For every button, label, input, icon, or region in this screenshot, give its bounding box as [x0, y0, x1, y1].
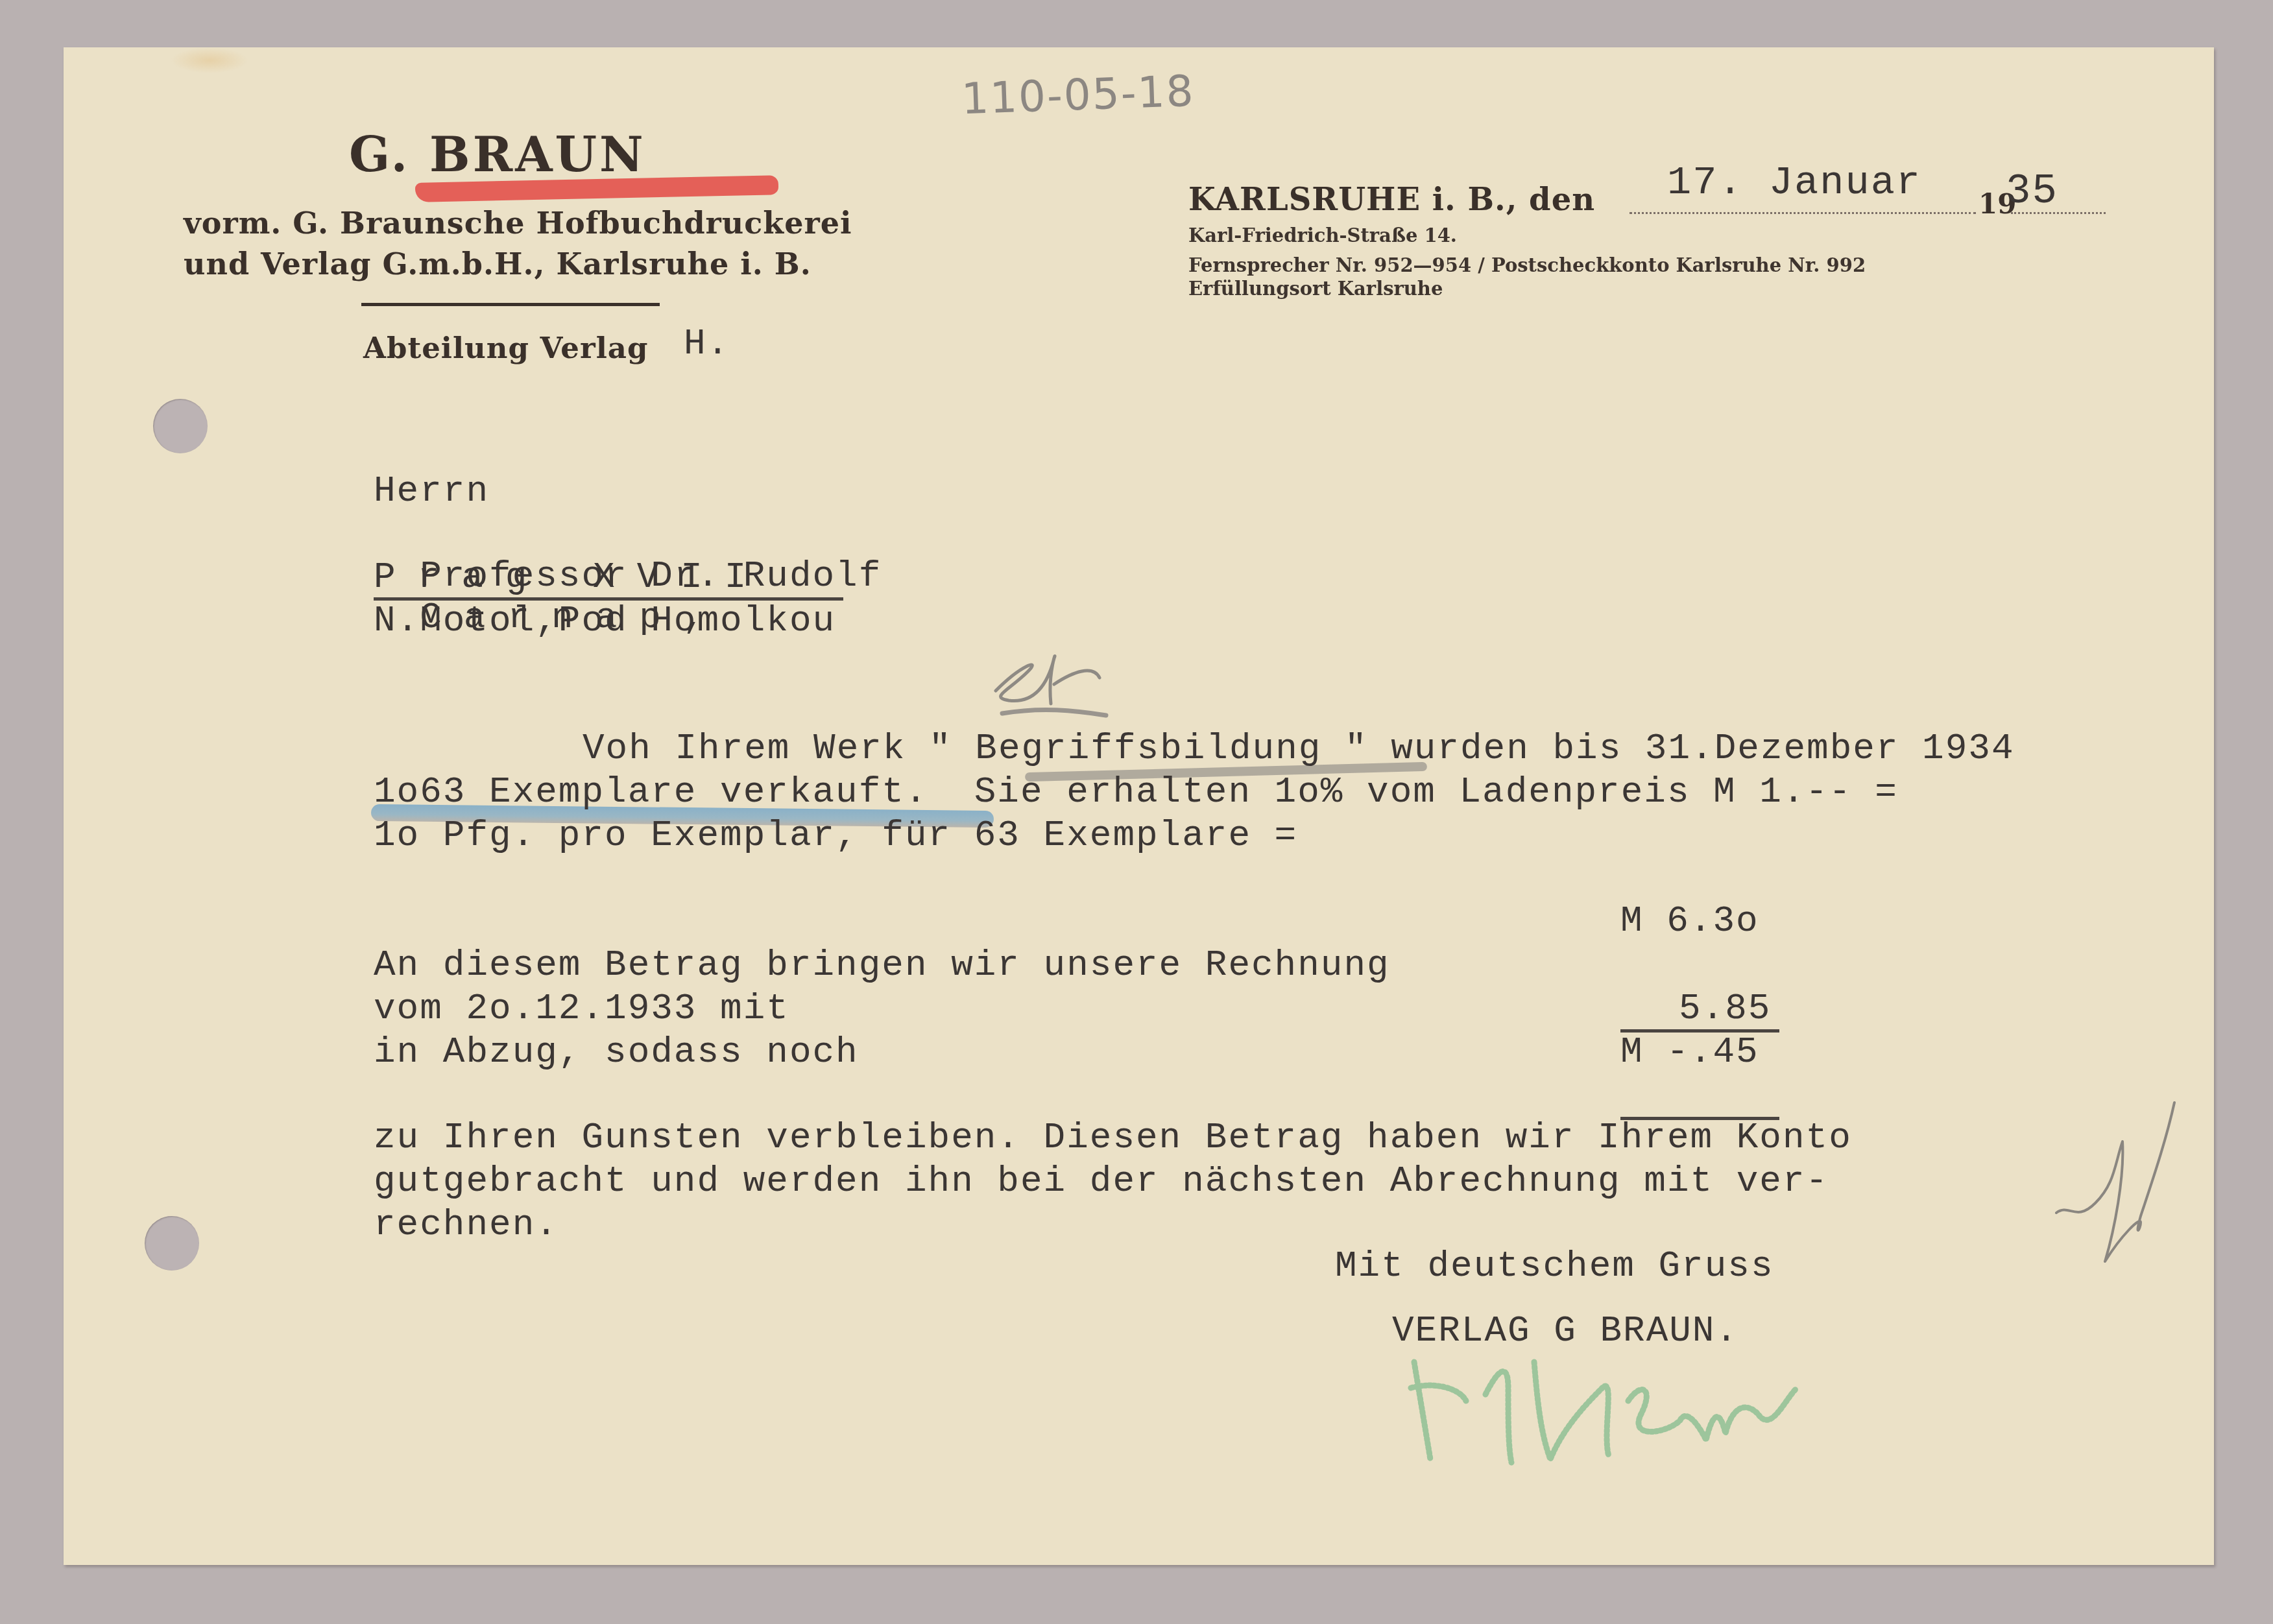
body-line-1: Voh Ihrem Werk " Begriffsbildung " wurde…	[583, 728, 2015, 769]
year-suffix: 35	[2006, 169, 2058, 215]
date-day-month: 17. Januar	[1667, 160, 1921, 206]
company-name: G. BRAUN	[349, 127, 646, 183]
date-dotted-line	[1630, 212, 1976, 214]
signature-icon	[1395, 1349, 1875, 1479]
body-line-7: zu Ihren Gunsten verbleiben. Diesen Betr…	[374, 1117, 1852, 1158]
pencil-initials-icon	[983, 645, 1125, 723]
jurisdiction: Erfüllungsort Karlsruhe	[1188, 278, 1443, 300]
phone-postscheck: Fernsprecher Nr. 952—954 / Postscheckkon…	[1188, 254, 1866, 276]
letterhead-rule	[361, 303, 660, 306]
city-line: KARLSRUHE i. B., den	[1188, 182, 1595, 218]
body-line-3: 1o Pfg. pro Exemplar, für 63 Exemplare =	[374, 815, 1297, 856]
recipient-city: Prag XVII	[374, 556, 768, 598]
archive-note: 110-05-18	[961, 66, 1196, 125]
punch-hole-top	[153, 399, 208, 453]
recipient-salutation: Herrn	[374, 470, 489, 512]
street-address: Karl-Friedrich-Straße 14.	[1188, 224, 1457, 246]
body-line-4: An diesem Betrag bringen wir unsere Rech…	[374, 944, 1390, 986]
amount-remaining: M -.45	[1620, 1031, 1759, 1073]
paper-stain	[171, 47, 248, 73]
margin-check-icon	[2050, 1099, 2180, 1268]
punch-hole-bottom	[145, 1216, 199, 1271]
closing-greeting: Mit deutschem Gruss	[1335, 1245, 1774, 1287]
body-line-5: vom 2o.12.1933 mit	[374, 988, 789, 1029]
body-line-8: gutgebracht und werden ihn bei der nächs…	[374, 1160, 1829, 1202]
year-dotted-line	[2011, 212, 2106, 214]
body-line-9: rechnen.	[374, 1204, 559, 1245]
amount-total: M 6.3o	[1620, 900, 1759, 942]
body-line-6: in Abzug, sodass noch	[374, 1031, 859, 1073]
letterhead-line-2: und Verlag G.m.b.H., Karlsruhe i. B.	[184, 246, 812, 281]
department-code: H.	[684, 323, 730, 364]
body-line-2: 1o63 Exemplare verkauft. Sie erhalten 1o…	[374, 771, 1898, 813]
letterhead-line-1: vorm. G. Braunsche Hofbuchdruckerei	[184, 206, 852, 241]
department-label: Abteilung Verlag	[363, 331, 648, 365]
amount-deduction: 5.85	[1679, 988, 1771, 1029]
closing-sender: VERLAG G BRAUN.	[1392, 1310, 1738, 1352]
recipient-address: N.Motol,Pod Homolkou	[374, 600, 836, 641]
